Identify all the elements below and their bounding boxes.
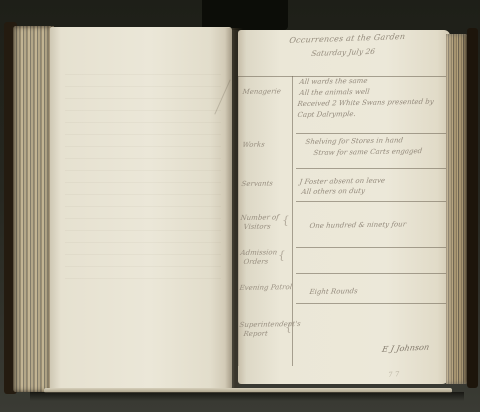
spine-top-shadow: [202, 0, 288, 30]
right-ledger-page: Occurrences at the Garden Saturday July …: [238, 30, 450, 384]
left-blank-page: [50, 27, 232, 390]
page-heading-line1: Occurrences at the Garden: [289, 32, 406, 45]
section-label-works: Works: [242, 141, 265, 149]
entry-line: All wards the same: [299, 77, 368, 86]
entry-line: All others on duty: [301, 187, 365, 196]
page-heading-line2: Saturday July 26: [311, 47, 376, 58]
section-label-menagerie: Menagerie: [242, 87, 281, 96]
section-divider-1: [296, 133, 452, 134]
ledger-photo: Occurrences at the Garden Saturday July …: [0, 0, 480, 412]
signature: E J Johnson: [381, 343, 430, 354]
entry-line: Received 2 White Swans presented by: [297, 98, 434, 108]
label-brace: {: [277, 249, 286, 262]
section-label-servants: Servants: [241, 179, 273, 188]
left-page-stack-edge: [13, 26, 54, 392]
entry-line: All the animals well: [299, 88, 370, 97]
section-label-orders-1: Admission: [240, 248, 278, 257]
section-divider-4: [296, 247, 452, 248]
label-brace: {: [281, 214, 290, 227]
section-divider-3: [296, 201, 452, 202]
faint-page-ruling: [65, 63, 222, 281]
section-label-report-2: Report: [243, 330, 268, 338]
entry-line: Shelving for Stores in hand: [305, 136, 403, 146]
entry-line: Capt Dalrymple.: [297, 110, 356, 119]
section-label-visitors-1: Number of: [240, 213, 279, 222]
book-cover-right: [467, 28, 478, 388]
entry-line: Straw for same Carts engaged: [313, 147, 423, 157]
entry-line: Eight Rounds: [309, 287, 358, 296]
right-page-stack-edge: [446, 34, 468, 384]
entry-line: One hundred & ninety four: [309, 220, 407, 230]
section-divider-2: [296, 168, 452, 169]
entry-line: J Foster absent on leave: [299, 177, 386, 186]
section-label-patrol: Evening Patrol: [239, 283, 292, 292]
pencil-marks: 7 7: [388, 370, 400, 379]
section-label-orders-2: Orders: [243, 258, 269, 266]
section-divider-5: [296, 273, 452, 274]
book-bottom-shadow: [30, 392, 464, 401]
section-label-visitors-2: Visitors: [243, 223, 271, 231]
section-divider-6: [296, 303, 452, 304]
